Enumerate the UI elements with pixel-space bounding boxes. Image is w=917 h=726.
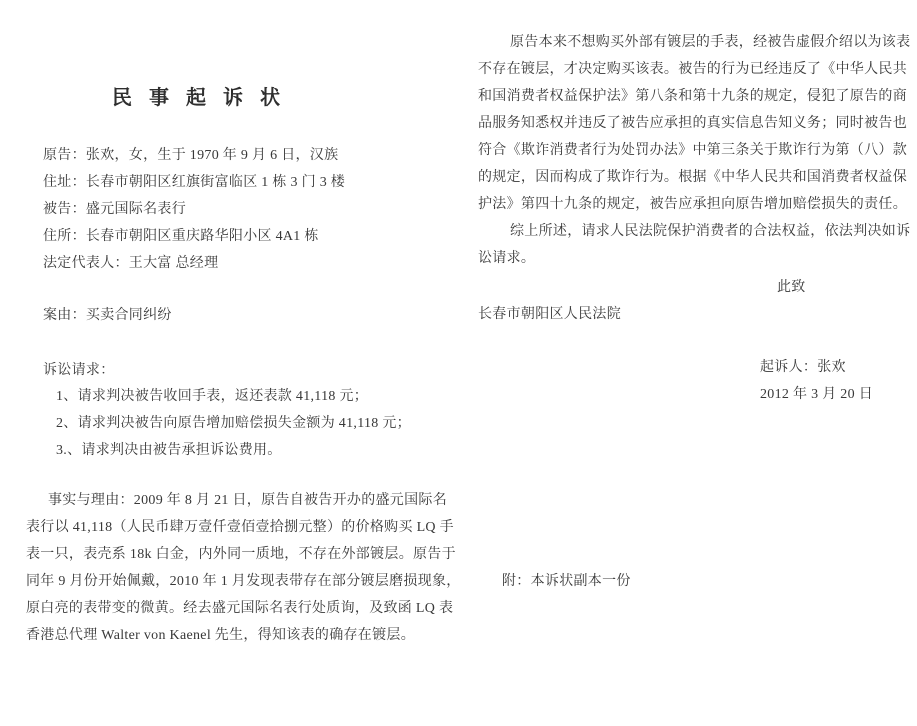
facts-line: 事实与理由：2009 年 8 月 21 日，原告自被告开办的盛元国际名	[26, 487, 461, 514]
claims-heading-text: 诉讼请求：	[43, 357, 115, 384]
argument-paragraph: 原告本来不想购买外部有镀层的手表，经被告虚假介绍以为该表 不存在镀层，才决定购买…	[478, 29, 910, 218]
court-line: 长春市朝阳区人民法院	[478, 301, 621, 328]
claims-list: 1、请求判决被告收回手表，返还表款 41,118 元； 2、请求判决被告向原告增…	[56, 383, 411, 464]
argument-line: 护法》第四十九条的规定，被告应承担向原告增加赔偿损失的责任。	[478, 191, 910, 218]
facts-paragraph: 事实与理由：2009 年 8 月 21 日，原告自被告开办的盛元国际名 表行以 …	[26, 487, 461, 649]
facts-line: 原白亮的表带变的微黄。经去盛元国际名表行处质询，及致函 LQ 表	[26, 595, 461, 622]
defendant-line: 被告：盛元国际名表行	[43, 196, 345, 223]
cause-of-action-line: 案由：买卖合同纠纷	[43, 302, 172, 329]
salutation-text: 此致	[777, 274, 806, 301]
court-name: 长春市朝阳区人民法院	[478, 301, 621, 328]
parties-section: 原告：张欢，女，生于 1970 年 9 月 6 日，汉族 住址：长春市朝阳区红旗…	[43, 142, 345, 277]
date-line: 2012 年 3 月 20 日	[760, 381, 873, 408]
facts-line: 表行以 41,118（人民币肆万壹仟壹佰壹拾捌元整）的价格购买 LQ 手	[26, 514, 461, 541]
argument-line: 和国消费者权益保护法》第八条和第十九条的规定，侵犯了原告的商	[478, 83, 910, 110]
summary-paragraph: 综上所述，请求人民法院保护消费者的合法权益，依法判决如诉 讼请求。	[478, 218, 910, 272]
summary-line: 讼请求。	[478, 245, 910, 272]
signature-line: 起诉人：张欢	[760, 354, 873, 381]
defendant-address-line: 住所：长春市朝阳区重庆路华阳小区 4A1 栋	[43, 223, 345, 250]
argument-line: 不存在镀层，才决定购买该表。被告的行为已经违反了《中华人民共	[478, 56, 910, 83]
argument-line: 符合《欺诈消费者行为处罚办法》中第三条关于欺诈行为第（八）款	[478, 137, 910, 164]
legal-representative-line: 法定代表人：王大富 总经理	[43, 250, 345, 277]
facts-line: 香港总代理 Walter von Kaenel 先生，得知该表的确存在镀层。	[26, 622, 461, 649]
claim-item: 1、请求判决被告收回手表，返还表款 41,118 元；	[56, 383, 411, 410]
cause-of-action-text: 案由：买卖合同纠纷	[43, 302, 172, 329]
facts-line: 表一只，表壳系 18k 白金，内外同一质地，不存在外部镀层。原告于	[26, 541, 461, 568]
claims-heading: 诉讼请求：	[43, 357, 115, 384]
signature-block: 起诉人：张欢 2012 年 3 月 20 日	[760, 354, 873, 408]
document-page: 民 事 起 诉 状 原告：张欢，女，生于 1970 年 9 月 6 日，汉族 住…	[0, 0, 917, 726]
attachment-text: 附：本诉状副本一份	[502, 568, 631, 595]
claim-item: 3.、请求判决由被告承担诉讼费用。	[56, 437, 411, 464]
plaintiff-address-line: 住址：长春市朝阳区红旗街富临区 1 栋 3 门 3 楼	[43, 169, 345, 196]
argument-line: 原告本来不想购买外部有镀层的手表，经被告虚假介绍以为该表	[478, 29, 910, 56]
argument-line: 品服务知悉权并违反了被告应承担的真实信息告知义务；同时被告也	[478, 110, 910, 137]
summary-line: 综上所述，请求人民法院保护消费者的合法权益，依法判决如诉	[478, 218, 910, 245]
attachment-line: 附：本诉状副本一份	[502, 568, 631, 595]
document-title: 民 事 起 诉 状	[112, 86, 286, 110]
facts-line: 同年 9 月份开始佩戴，2010 年 1 月发现表带存在部分镀层磨损现象，	[26, 568, 461, 595]
argument-line: 的规定，因而构成了欺诈行为。根据《中华人民共和国消费者权益保	[478, 164, 910, 191]
salutation: 此致	[777, 274, 806, 301]
plaintiff-line: 原告：张欢，女，生于 1970 年 9 月 6 日，汉族	[43, 142, 345, 169]
claim-item: 2、请求判决被告向原告增加赔偿损失金额为 41,118 元；	[56, 410, 411, 437]
